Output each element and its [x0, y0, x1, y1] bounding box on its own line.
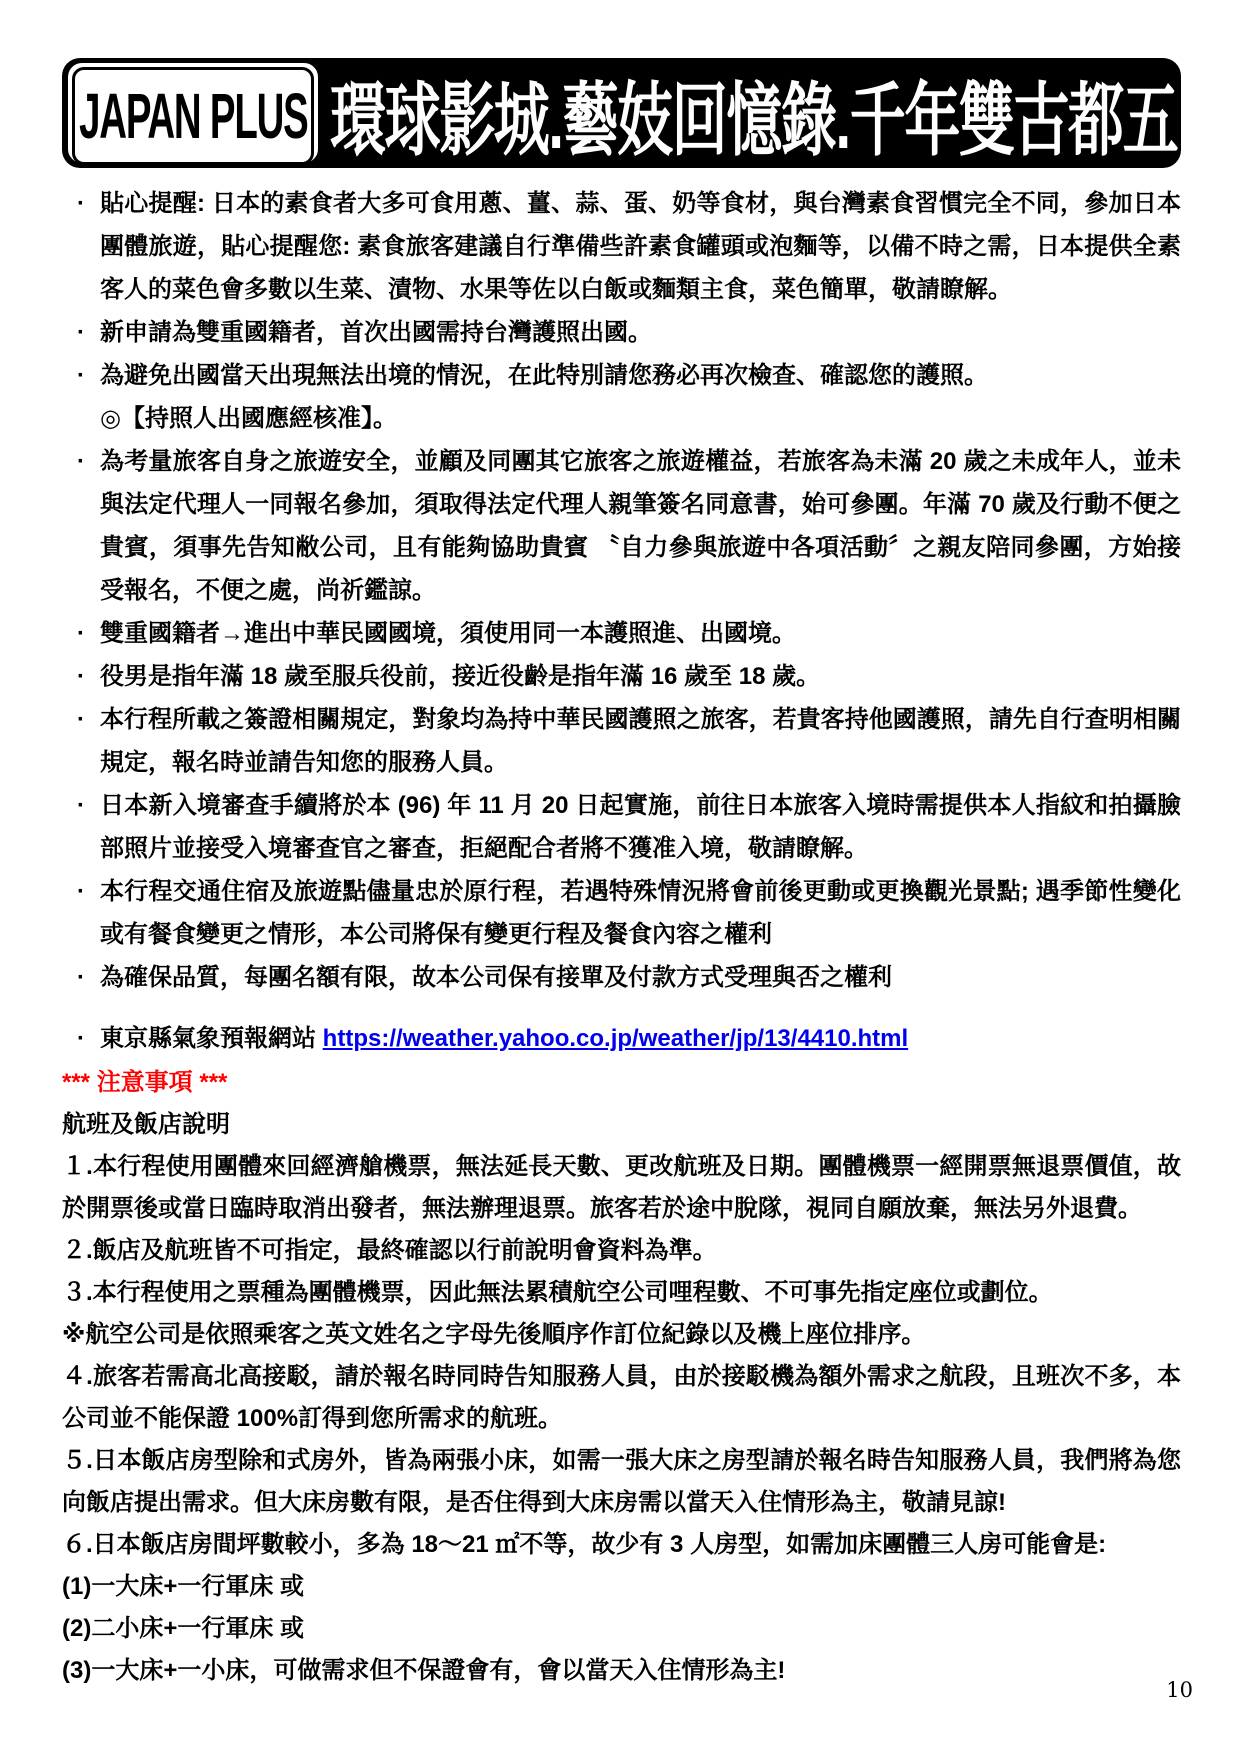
bullet-dot-icon: [62, 311, 100, 354]
notes-bullet-list: 貼心提醒: 日本的素食者大多可食用蔥、薑、蒜、蛋、奶等食材，與台灣素食習慣完全不…: [62, 182, 1181, 1060]
notice-item: ６.日本飯店房間坪數較小，多為 18～21 ㎡不等，故少有 3 人房型，如需加床…: [62, 1524, 1181, 1566]
notice-item: ２.飯店及航班皆不可指定，最終確認以行前說明會資料為準。: [62, 1230, 1181, 1272]
bullet-text: 為避免出國當天出現無法出境的情況，在此特別請您務必再次檢查、確認您的護照。 ◎【…: [100, 354, 1181, 440]
notice-item: (3)一大床+一小床，可做需求但不保證會有，會以當天入住情形為主!: [62, 1650, 1181, 1692]
bullet-text: 本行程所載之簽證相關規定，對象均為持中華民國護照之旅客，若貴客持他國護照，請先自…: [100, 698, 1181, 784]
japan-plus-logo-frame: JAPAN PLUS: [72, 67, 314, 165]
bullet-text: 雙重國籍者→進出中華民國國境，須使用同一本護照進、出國境。: [100, 612, 1181, 655]
bullet-item: 貼心提醒: 日本的素食者大多可食用蔥、薑、蒜、蛋、奶等食材，與台灣素食習慣完全不…: [62, 182, 1181, 311]
bullet-dot-icon: [62, 655, 100, 698]
bullet-text: 本行程交通住宿及旅遊點儘量忠於原行程，若遇特殊情況將會前後更動或更換觀光景點; …: [100, 870, 1181, 956]
bullet-item: 役男是指年滿 18 歲至服兵役前，接近役齡是指年滿 16 歲至 18 歲。: [62, 655, 1181, 698]
header-banner: JAPAN PLUS 環球影城.藝妓回憶錄.千年雙古都五日: [62, 58, 1181, 168]
bullet-item: 為確保品質，每團名額有限，故本公司保有接單及付款方式受理與否之權利: [62, 956, 1181, 999]
page-number: 10: [1166, 1678, 1193, 1702]
bullet-dot-icon: [62, 612, 100, 655]
document-page: JAPAN PLUS 環球影城.藝妓回憶錄.千年雙古都五日 貼心提醒: 日本的素…: [0, 0, 1241, 1755]
notice-item: (1)一大床+一行軍床 或: [62, 1566, 1181, 1608]
bullet-item: 為考量旅客自身之旅遊安全，並顧及同團其它旅客之旅遊權益，若旅客為未滿 20 歲之…: [62, 440, 1181, 612]
weather-forecast-link[interactable]: https://weather.yahoo.co.jp/weather/jp/1…: [323, 1025, 909, 1052]
bullet-dot-icon: [62, 784, 100, 870]
notice-item: ５.日本飯店房型除和式房外，皆為兩張小床，如需一張大床之房型請於報名時告知服務人…: [62, 1440, 1181, 1524]
notice-item: (2)二小床+一行軍床 或: [62, 1608, 1181, 1650]
bullet-item-weather: 東京縣氣象預報網站 https://weather.yahoo.co.jp/we…: [62, 1017, 1181, 1060]
bullet-dot-icon: [62, 182, 100, 311]
bullet-item: 日本新入境審查手續將於本 (96) 年 11 月 20 日起實施，前往日本旅客入…: [62, 784, 1181, 870]
notice-item: ※航空公司是依照乘客之英文姓名之字母先後順序作訂位紀錄以及機上座位排序。: [62, 1314, 1181, 1356]
bullet-text-main: 為避免出國當天出現無法出境的情況，在此特別請您務必再次檢查、確認您的護照。: [100, 354, 1181, 397]
bullet-dot-icon: [62, 1017, 100, 1060]
notice-item: ４.旅客若需高北高接駁，請於報名時同時告知服務人員，由於接駁機為額外需求之航段，…: [62, 1356, 1181, 1440]
bullet-text: 為考量旅客自身之旅遊安全，並顧及同團其它旅客之旅遊權益，若旅客為未滿 20 歲之…: [100, 440, 1181, 612]
bullet-item: 雙重國籍者→進出中華民國國境，須使用同一本護照進、出國境。: [62, 612, 1181, 655]
bullet-dot-icon: [62, 354, 100, 440]
flight-hotel-heading: 航班及飯店說明: [62, 1104, 1181, 1146]
japan-plus-logo-text: JAPAN PLUS: [79, 79, 307, 153]
bullet-dot-icon: [62, 698, 100, 784]
bullet-text: 貼心提醒: 日本的素食者大多可食用蔥、薑、蒜、蛋、奶等食材，與台灣素食習慣完全不…: [100, 182, 1181, 311]
notice-item: ３.本行程使用之票種為團體機票，因此無法累積航空公司哩程數、不可事先指定座位或劃…: [62, 1272, 1181, 1314]
notice-heading: *** 注意事項 ***: [62, 1062, 1181, 1104]
bullet-item: 本行程所載之簽證相關規定，對象均為持中華民國護照之旅客，若貴客持他國護照，請先自…: [62, 698, 1181, 784]
tour-title: 環球影城.藝妓回憶錄.千年雙古都五日: [330, 56, 1232, 171]
bullet-text: 為確保品質，每團名額有限，故本公司保有接單及付款方式受理與否之權利: [100, 956, 1181, 999]
bullet-text: 日本新入境審查手續將於本 (96) 年 11 月 20 日起實施，前往日本旅客入…: [100, 784, 1181, 870]
bullet-subnote: ◎【持照人出國應經核准】。: [100, 397, 1181, 440]
bullet-item: 新申請為雙重國籍者，首次出國需持台灣護照出國。: [62, 311, 1181, 354]
bullet-dot-icon: [62, 956, 100, 999]
notice-item: １.本行程使用團體來回經濟艙機票，無法延長天數、更改航班及日期。團體機票一經開票…: [62, 1146, 1181, 1230]
bullet-text: 新申請為雙重國籍者，首次出國需持台灣護照出國。: [100, 311, 1181, 354]
bullet-item: 為避免出國當天出現無法出境的情況，在此特別請您務必再次檢查、確認您的護照。 ◎【…: [62, 354, 1181, 440]
bullet-item: 本行程交通住宿及旅遊點儘量忠於原行程，若遇特殊情況將會前後更動或更換觀光景點; …: [62, 870, 1181, 956]
bullet-text: 役男是指年滿 18 歲至服兵役前，接近役齡是指年滿 16 歲至 18 歲。: [100, 655, 1181, 698]
bullet-dot-icon: [62, 870, 100, 956]
japan-plus-logo: JAPAN PLUS: [66, 61, 320, 165]
bullet-dot-icon: [62, 440, 100, 612]
weather-line: 東京縣氣象預報網站 https://weather.yahoo.co.jp/we…: [100, 1017, 1181, 1060]
weather-line-prefix: 東京縣氣象預報網站: [100, 1025, 323, 1052]
